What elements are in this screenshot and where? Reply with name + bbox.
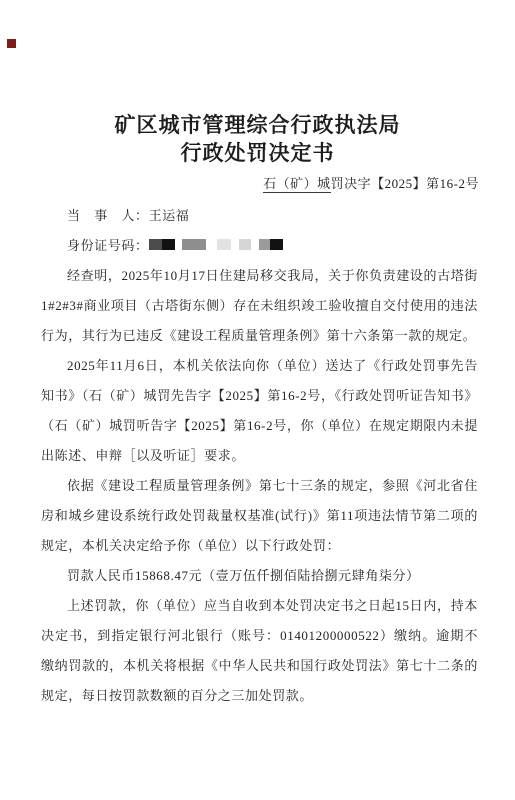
document-number-prefix: 石（矿）城 — [263, 176, 331, 193]
id-number-line: 身份证号码： — [41, 231, 478, 261]
document-body: 当 事 人：王运福 身份证号码： 经查明，2025年10月17日住建局移交我局，… — [41, 201, 478, 711]
issuing-agency-title: 矿区城市管理综合行政执法局 — [0, 111, 515, 139]
document-number: 石（矿）城罚决字【2025】第16-2号 — [0, 173, 479, 192]
paragraph-fine-amount: 罚款人民币15868.47元（壹万伍仟捌佰陆拾捌元肆角柒分） — [41, 561, 478, 591]
redaction-block — [217, 239, 231, 250]
id-number-label: 身份证号码： — [67, 238, 149, 253]
document-header: 矿区城市管理综合行政执法局 行政处罚决定书 — [0, 0, 515, 167]
red-mark — [7, 39, 16, 48]
redaction-block — [182, 239, 206, 250]
redaction-block — [270, 239, 283, 250]
penalty-decision-document: 矿区城市管理综合行政执法局 行政处罚决定书 石（矿）城罚决字【2025】第16-… — [0, 0, 515, 800]
redaction-block — [149, 239, 162, 250]
paragraph-notification: 2025年11月6日，本机关依法向你（单位）送达了《行政处罚事先告知书》（石（矿… — [41, 351, 478, 471]
redaction-block — [259, 239, 270, 250]
redaction-block — [239, 239, 251, 250]
party-line: 当 事 人：王运福 — [41, 201, 478, 231]
id-number-redaction — [149, 231, 283, 261]
document-title: 行政处罚决定书 — [0, 139, 515, 167]
paragraph-payment-instructions: 上述罚款，你（单位）应当自收到本处罚决定书之日起15日内，持本决定书，到指定银行… — [41, 591, 478, 711]
paragraph-findings: 经查明，2025年10月17日住建局移交我局，关于你负责建设的古塔街1#2#3#… — [41, 261, 478, 351]
redaction-block — [162, 239, 175, 250]
document-number-rest: 罚决字【2025】第16-2号 — [331, 176, 479, 191]
paragraph-legal-basis: 依据《建设工程质量管理条例》第七十三条的规定，参照《河北省住房和城乡建设系统行政… — [41, 471, 478, 561]
